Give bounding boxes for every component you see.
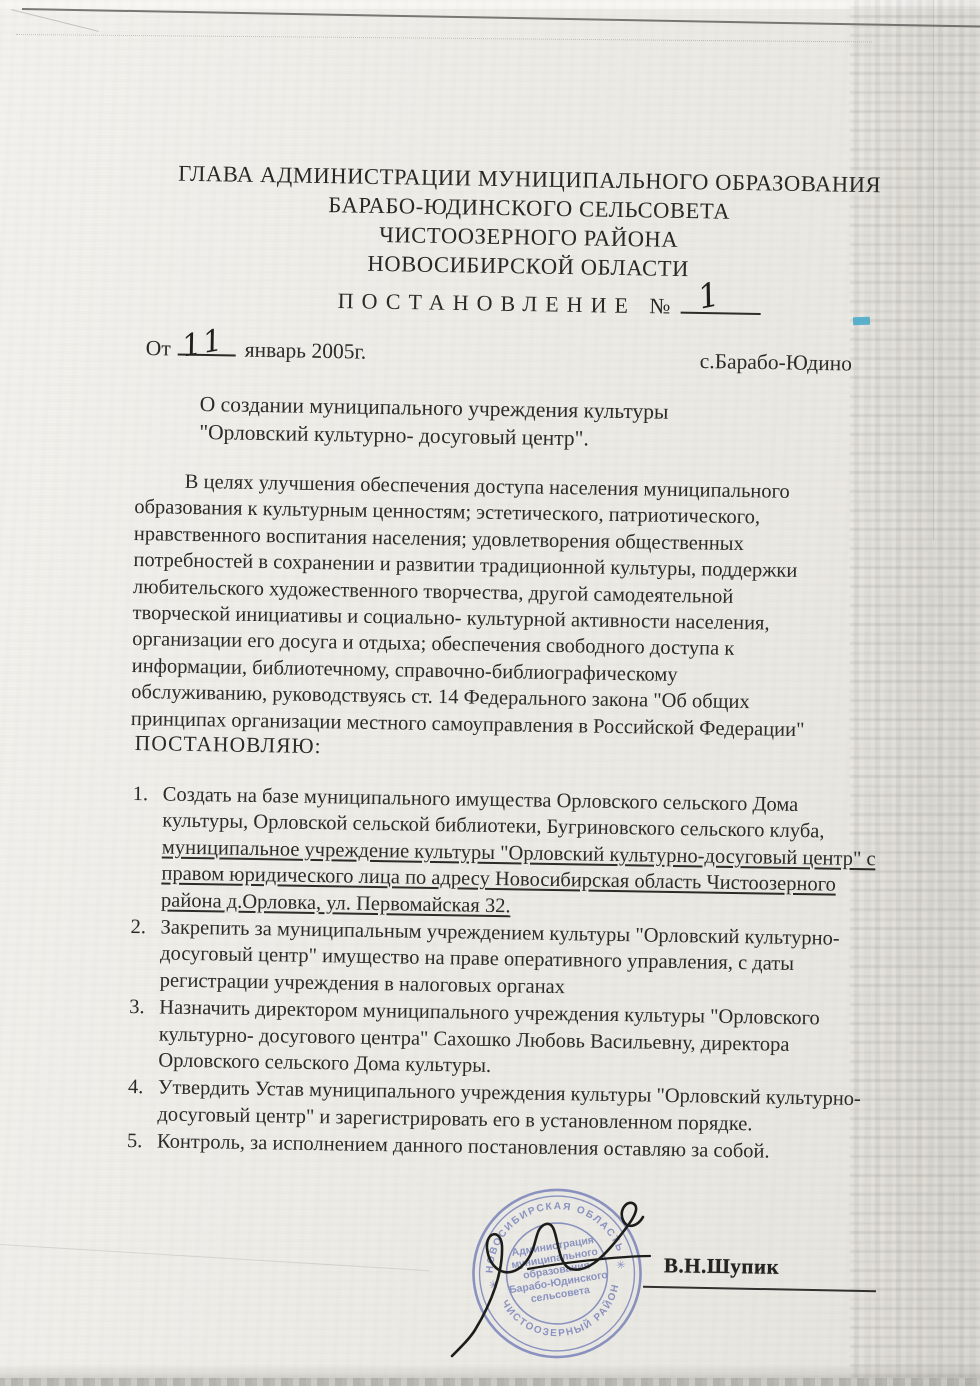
scan-bottom-edge [0,1378,980,1386]
list-item: 2. Закрепить за муниципальным учреждение… [129,914,880,1006]
decree-label: ПОСТАНОВЛЕНИЕ № [338,288,679,319]
item-text-plain: Утвердить Устав муниципального учреждени… [157,1077,861,1135]
handwritten-day: 11 [179,323,227,365]
item-text-plain: Закрепить за муниципальным учреждением к… [160,917,840,999]
date-line: Отянварь 2005г. [146,336,367,365]
letterhead: ГЛАВА АДМИНИСТРАЦИИ МУНИЦИПАЛЬНОГО ОБРАЗ… [78,157,980,288]
item-text-underlined: муниципальное учреждение культуры "Орлов… [161,836,876,917]
signature-ink [430,1160,700,1375]
item-text-plain: Назначить директором муниципального учре… [158,997,820,1077]
item-text: Закрепить за муниципальным учреждением к… [159,915,880,1006]
item-text: Создать на базе муниципального имущества… [161,781,883,925]
item-number: 1. [131,781,163,914]
paper-crease-top-left [11,9,99,32]
item-number: 4. [127,1074,158,1127]
item-number: 2. [129,914,160,994]
resolution-list: 1. Создать на базе муниципального имущес… [127,781,883,1168]
list-item: 1. Создать на базе муниципального имущес… [131,781,883,925]
date-prefix: От [146,336,171,360]
resolve-word: ПОСТАНОВЛЯЮ: [135,731,322,759]
scan-top-edge-highlight [0,0,980,9]
item-text: Назначить директором муниципального учре… [158,995,879,1086]
scan-top-edge-line [22,8,980,28]
item-number: 3. [128,994,159,1074]
place-name: с.Барабо-Юдино [700,349,853,377]
paper-crease-bottom-left [0,1244,429,1271]
item-text-plain: Создать на базе муниципального имущества… [162,783,824,842]
signatory-name: В.Н.Шупик [664,1253,780,1280]
scan-artifact-blue-mark [853,317,870,326]
scanned-document-page: ГЛАВА АДМИНИСТРАЦИИ МУНИЦИПАЛЬНОГО ОБРАЗ… [0,0,980,1386]
list-item: 3. Назначить директором муниципального у… [128,994,879,1086]
paper-crease-horizontal [16,34,872,42]
preamble: В целях улучшения обеспечения доступа на… [131,468,883,744]
signature-main-stroke [452,1203,643,1356]
subject-block: О создании муниципального учреждения кул… [199,390,669,454]
date-rest: январь 2005г. [245,338,367,364]
item-number: 5. [127,1128,157,1155]
